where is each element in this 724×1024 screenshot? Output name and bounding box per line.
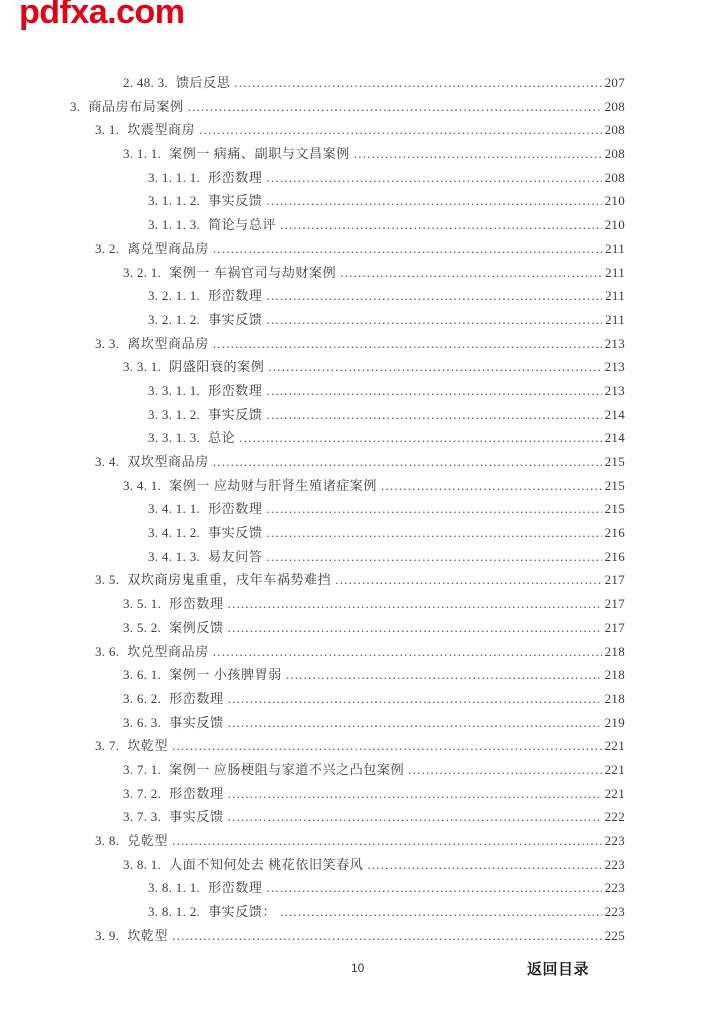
toc-entry-title: 离坎型商品房 [127,333,209,352]
toc-entry-page: 221 [605,786,625,802]
toc-dot-leader [188,99,602,115]
toc-entry-number: 3. 4. 1. 1. [148,501,200,517]
toc-entry-number: 3. 7. 2. [123,786,161,802]
toc-entry-number: 3. 8. 1. 2. [148,904,200,920]
toc-entry[interactable]: 3. 9. 坎乾型 225 [70,925,625,949]
toc-dot-leader [266,288,602,304]
toc-dot-leader [266,383,601,399]
toc-entry-title: 形峦数理 [208,285,262,304]
toc-entry-title: 形峦数理 [208,167,262,186]
toc-entry[interactable]: 3. 4. 1. 1. 形峦数理 215 [70,498,625,522]
toc-entry-title: 坎兑型商品房 [127,641,209,660]
toc-entry-page: 214 [605,407,625,423]
toc-entry[interactable]: 3. 1. 1. 1. 形峦数理 208 [70,167,625,191]
toc-entry-page: 225 [605,928,625,944]
toc-entry-title: 简论与总评 [208,214,276,233]
toc-entry-number: 3. 5. [95,572,119,588]
toc-dot-leader [199,122,601,138]
toc-entry-number: 3. 4. [95,454,119,470]
toc-dot-leader [286,667,602,683]
toc-dot-leader [228,620,602,636]
toc-entry-page: 221 [605,762,625,778]
toc-entry-page: 211 [605,241,625,257]
toc-entry-number: 3. 1. [95,122,119,138]
toc-entry-title: 形峦数理 [169,593,223,612]
toc-entry[interactable]: 3. 8. 1. 人面不知何处去 桃花依旧笑春风 223 [70,854,625,878]
toc-dot-leader [381,478,602,494]
toc-entry[interactable]: 3. 6. 3. 事实反馈 219 [70,712,625,736]
toc-entry-number: 3. 1. 1. 2. [148,193,200,209]
toc-entry[interactable]: 3. 1. 坎震型商房 208 [70,119,625,143]
toc-dot-leader [228,786,602,802]
toc-entry-page: 223 [605,857,625,873]
toc-entry-page: 211 [605,312,625,328]
toc-dot-leader [266,407,601,423]
toc-entry-page: 222 [605,809,625,825]
toc-entry[interactable]: 3. 7. 2. 形峦数理 221 [70,783,625,807]
toc-entry[interactable]: 3. 2. 1. 案例一 车祸官司与劫财案例 211 [70,262,625,286]
toc-entry-page: 218 [605,691,625,707]
toc-entry-title: 人面不知何处去 桃花依旧笑春风 [169,854,363,873]
toc-entry-number: 3. 7. [95,738,119,754]
toc-dot-leader [266,525,601,541]
toc-dot-leader [266,312,602,328]
toc-entry-page: 208 [605,122,625,138]
pdfxa-watermark-logo: pdfxa.com [19,0,185,32]
toc-dot-leader [213,241,602,257]
toc-entry-number: 3. 7. 1. [123,762,161,778]
toc-entry-page: 210 [605,217,625,233]
toc-dot-leader [335,572,601,588]
toc-entry-number: 3. 2. [95,241,119,257]
toc-entry[interactable]: 3. 5. 2. 案例反馈 217 [70,617,625,641]
toc-entry-page: 216 [605,525,625,541]
toc-entry-title: 事实反馈 [208,522,262,541]
toc-entry-title: 事实反馈 [208,190,262,209]
toc-entry-title: 事实反馈 [169,806,223,825]
toc-dot-leader [234,75,601,91]
toc-dot-leader [228,715,602,731]
toc-entry-page: 213 [605,359,625,375]
toc-entry-title: 形峦数理 [208,498,262,517]
toc-entry-title: 事实反馈 [208,309,262,328]
toc-dot-leader [266,880,601,896]
toc-dot-leader [213,454,602,470]
toc-entry-title: 事实反馈： [208,901,276,920]
toc-dot-leader [172,833,602,849]
toc-entry[interactable]: 3. 4. 1. 2. 事实反馈 216 [70,522,625,546]
toc-entry[interactable]: 3. 3. 1. 3. 总论 214 [70,427,625,451]
toc-entry-number: 3. 6. [95,644,119,660]
toc-entry[interactable]: 3. 7. 坎乾型 221 [70,735,625,759]
toc-entry-number: 3. 1. 1. 1. [148,170,200,186]
toc-entry-page: 223 [605,833,625,849]
toc-entry-page: 207 [605,75,625,91]
toc-entry-title: 坎震型商房 [127,119,195,138]
toc-dot-leader [228,691,602,707]
toc-entry-page: 208 [605,99,625,115]
toc-entry-number: 3. 3. 1. 3. [148,430,200,446]
toc-entry-page: 213 [605,336,625,352]
toc-entry-page: 223 [605,904,625,920]
toc-entry[interactable]: 3. 8. 1. 2. 事实反馈： 223 [70,901,625,925]
toc-entry-number: 3. 8. 1. 1. [148,880,200,896]
toc-entry-title: 事实反馈 [208,404,262,423]
toc-entry-number: 3. 3. [95,336,119,352]
toc-entry-number: 3. 4. 1. [123,478,161,494]
toc-entry-number: 3. 1. 1. 3. [148,217,200,233]
toc-entry[interactable]: 2. 48. 3. 馈后反思 207 [70,72,625,96]
toc-list: 2. 48. 3. 馈后反思 207 3. 商品房布局案例 208 3. 1. … [70,72,625,948]
toc-entry-page: 208 [605,146,625,162]
toc-entry[interactable]: 3. 8. 兑乾型 223 [70,830,625,854]
toc-entry[interactable]: 3. 5. 双坎商房鬼重重，戌年车祸势难挡 217 [70,569,625,593]
toc-entry-page: 215 [605,454,625,470]
toc-entry-number: 3. 7. 3. [123,809,161,825]
toc-entry-title: 坎乾型 [127,925,168,944]
toc-entry-page: 215 [605,501,625,517]
toc-entry[interactable]: 3. 4. 双坎型商品房 215 [70,451,625,475]
toc-dot-leader [172,738,602,754]
toc-dot-leader [228,809,602,825]
toc-entry-number: 3. 3. 1. 1. [148,383,200,399]
toc-entry-page: 211 [605,288,625,304]
toc-entry-number: 3. 4. 1. 3. [148,549,200,565]
toc-entry-title: 阴盛阳衰的案例 [169,356,264,375]
toc-entry-page: 213 [605,383,625,399]
toc-dot-leader [239,430,601,446]
toc-entry-number: 3. 4. 1. 2. [148,525,200,541]
toc-entry-title: 兑乾型 [127,830,168,849]
toc-entry-number: 3. 2. 1. [123,265,161,281]
toc-entry-page: 223 [605,880,625,896]
toc-entry-page: 210 [605,193,625,209]
toc-entry-page: 221 [605,738,625,754]
toc-entry-number: 3. 1. 1. [123,146,161,162]
toc-entry-page: 208 [605,170,625,186]
toc-entry-number: 2. 48. 3. [123,75,168,91]
toc-entry-page: 217 [605,572,625,588]
toc-entry-number: 3. [70,99,80,115]
toc-entry-number: 3. 9. [95,928,119,944]
toc-dot-leader [280,217,602,233]
toc-entry-number: 3. 2. 1. 1. [148,288,200,304]
toc-entry-number: 3. 5. 1. [123,596,161,612]
toc-dot-leader [266,549,601,565]
toc-entry-page: 216 [605,549,625,565]
toc-entry-page: 217 [605,620,625,636]
toc-dot-leader [266,193,601,209]
toc-entry[interactable]: 3. 7. 3. 事实反馈 222 [70,806,625,830]
toc-entry[interactable]: 3. 6. 2. 形峦数理 218 [70,688,625,712]
toc-dot-leader [266,501,601,517]
toc-entry-title: 双坎商房鬼重重，戌年车祸势难挡 [127,569,331,588]
toc-entry[interactable]: 3. 3. 离坎型商品房 213 [70,333,625,357]
toc-entry[interactable]: 3. 7. 1. 案例一 应肠梗阻与家道不兴之凸包案例 221 [70,759,625,783]
toc-entry-title: 易友问答 [208,546,262,565]
toc-entry[interactable]: 3. 2. 离兑型商品房 211 [70,238,625,262]
toc-dot-leader [408,762,601,778]
toc-entry[interactable]: 3. 8. 1. 1. 形峦数理 223 [70,877,625,901]
toc-entry-title: 案例一 车祸官司与劫财案例 [169,262,336,281]
toc-entry-title: 馈后反思 [176,72,230,91]
toc-entry-number: 3. 6. 3. [123,715,161,731]
toc-entry-number: 3. 5. 2. [123,620,161,636]
toc-entry-title: 坎乾型 [127,735,168,754]
toc-dot-leader [172,928,602,944]
toc-entry-number: 3. 6. 1. [123,667,161,683]
toc-entry-title: 形峦数理 [169,688,223,707]
toc-entry-title: 案例反馈 [169,617,223,636]
toc-entry[interactable]: 3. 3. 1. 2. 事实反馈 214 [70,404,625,428]
toc-entry-title: 形峦数理 [208,877,262,896]
toc-entry-page: 219 [605,715,625,731]
toc-entry[interactable]: 3. 1. 1. 2. 事实反馈 210 [70,190,625,214]
toc-entry[interactable]: 3. 3. 1. 阴盛阳衰的案例 213 [70,356,625,380]
toc-entry-title: 事实反馈 [169,712,223,731]
toc-entry-title: 商品房布局案例 [88,96,183,115]
toc-entry-page: 214 [605,430,625,446]
toc-entry[interactable]: 3. 1. 1. 3. 简论与总评 210 [70,214,625,238]
toc-entry-title: 案例一 小孩脾胃弱 [169,664,282,683]
toc-entry-number: 3. 3. 1. 2. [148,407,200,423]
toc-dot-leader [268,359,601,375]
toc-entry-page: 211 [605,265,625,281]
toc-entry-title: 离兑型商品房 [127,238,209,257]
toc-dot-leader [280,904,602,920]
toc-entry[interactable]: 3. 4. 1. 案例一 应劫财与肝肾生殖诸症案例 215 [70,475,625,499]
toc-dot-leader [367,857,601,873]
toc-entry[interactable]: 3. 6. 1. 案例一 小孩脾胃弱 218 [70,664,625,688]
toc-entry-number: 3. 3. 1. [123,359,161,375]
toc-entry-page: 218 [605,644,625,660]
toc-entry-title: 双坎型商品房 [127,451,209,470]
toc-entry-title: 总论 [208,427,235,446]
toc-entry[interactable]: 3. 1. 1. 案例一 病痛、副职与文昌案例 208 [70,143,625,167]
toc-entry-page: 217 [605,596,625,612]
toc-entry[interactable]: 3. 4. 1. 3. 易友问答 216 [70,546,625,570]
toc-entry[interactable]: 3. 5. 1. 形峦数理 217 [70,593,625,617]
toc-entry[interactable]: 3. 商品房布局案例 208 [70,96,625,120]
toc-dot-leader [213,336,602,352]
footer-page-number: 10 [351,961,364,975]
toc-entry[interactable]: 3. 2. 1. 2. 事实反馈 211 [70,309,625,333]
toc-entry[interactable]: 3. 2. 1. 1. 形峦数理 211 [70,285,625,309]
toc-entry-number: 3. 6. 2. [123,691,161,707]
toc-entry-title: 形峦数理 [208,380,262,399]
toc-entry-number: 3. 8. [95,833,119,849]
toc-entry[interactable]: 3. 6. 坎兑型商品房 218 [70,641,625,665]
toc-dot-leader [354,146,602,162]
toc-dot-leader [228,596,602,612]
toc-entry-number: 3. 2. 1. 2. [148,312,200,328]
toc-entry-number: 3. 8. 1. [123,857,161,873]
toc-entry-title: 形峦数理 [169,783,223,802]
toc-dot-leader [340,265,602,281]
toc-entry-title: 案例一 应劫财与肝肾生殖诸症案例 [169,475,377,494]
toc-entry-page: 215 [605,478,625,494]
toc-entry-title: 案例一 病痛、副职与文昌案例 [169,143,350,162]
toc-entry[interactable]: 3. 3. 1. 1. 形峦数理 213 [70,380,625,404]
back-to-toc-link[interactable]: 返回目录 [527,958,589,979]
toc-dot-leader [266,170,601,186]
toc-entry-title: 案例一 应肠梗阻与家道不兴之凸包案例 [169,759,404,778]
toc-dot-leader [213,644,602,660]
toc-entry-page: 218 [605,667,625,683]
